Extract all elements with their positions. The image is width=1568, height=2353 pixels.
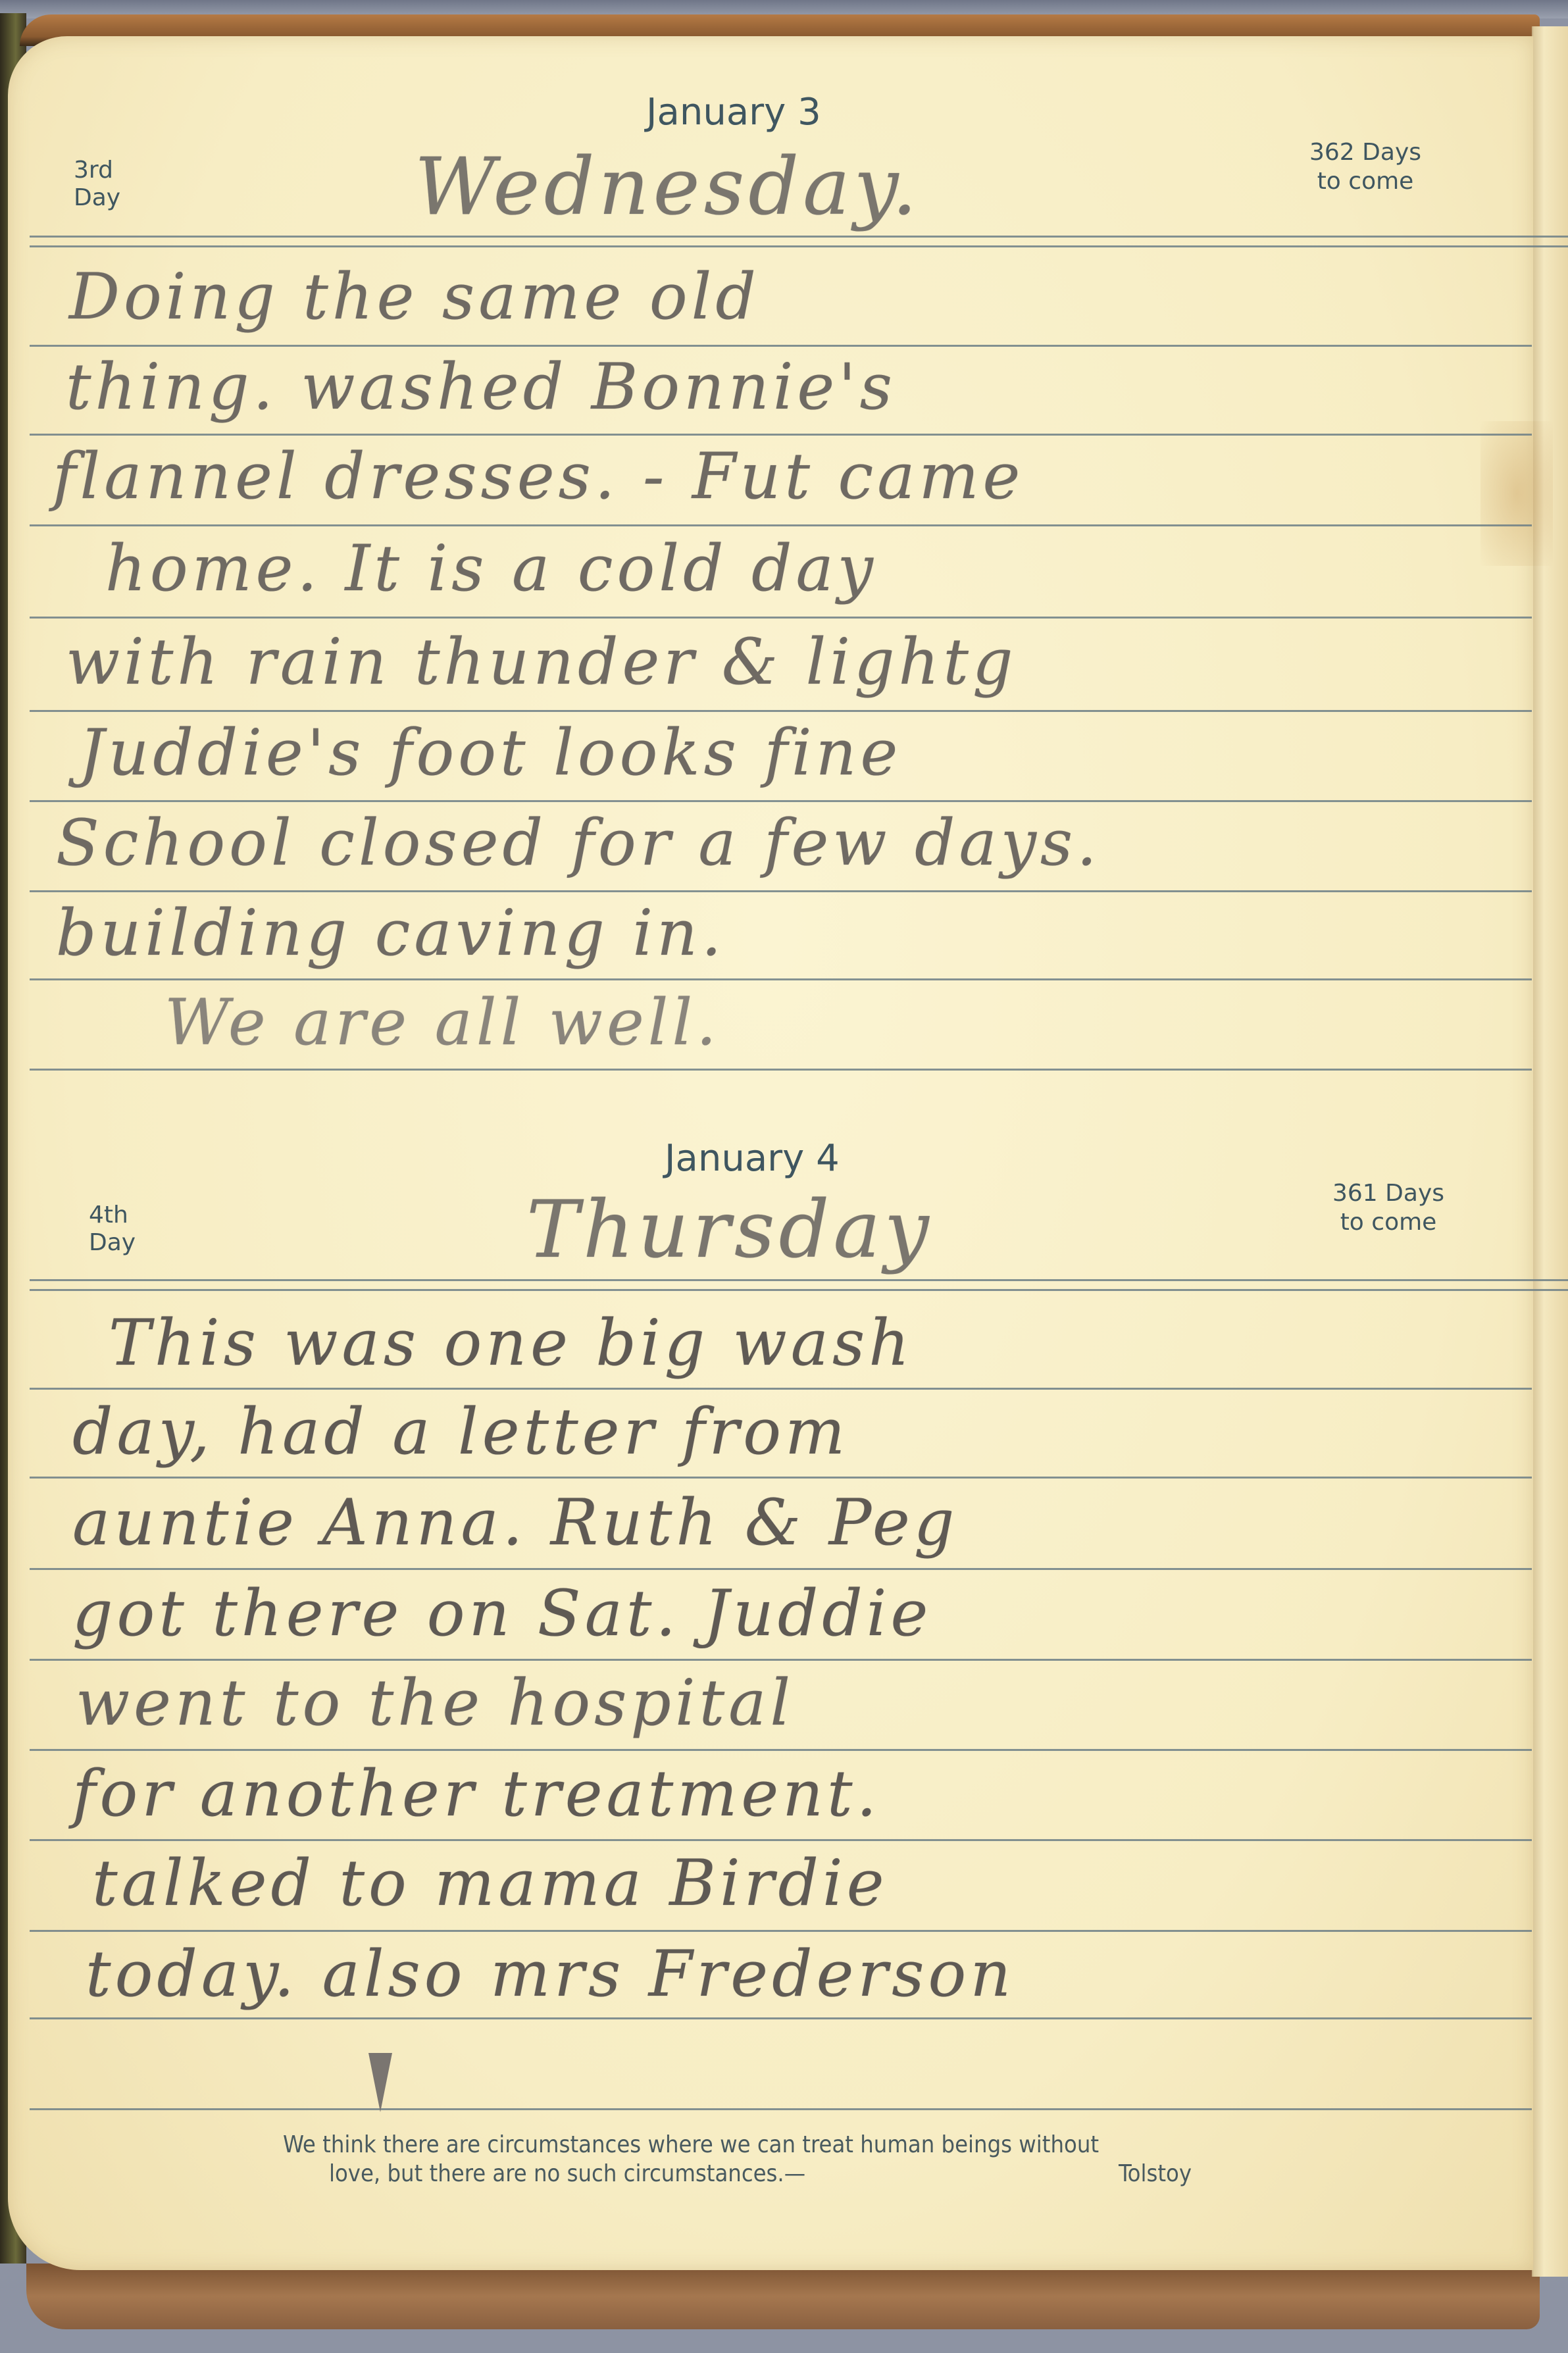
day-of-year-label: 3rd Day <box>74 157 120 212</box>
day-of-year-word: Day <box>89 1229 136 1257</box>
ruled-line <box>30 978 1532 980</box>
entry-text-line: This was one big wash <box>109 1306 913 1380</box>
days-remaining-label: 361 Days to come <box>1332 1179 1444 1237</box>
entry-text-line: flannel dresses. - Fut came <box>53 440 1024 513</box>
ruled-line <box>30 524 1532 526</box>
ruled-line <box>30 345 1532 347</box>
paper-stain <box>1480 421 1553 566</box>
entry-text-line: Doing the same old <box>69 260 760 334</box>
entry-text-line: day, had a letter from <box>72 1395 849 1469</box>
entry-text-line: thing. washed Bonnie's <box>66 350 896 424</box>
handwritten-weekday: Wednesday. <box>415 141 921 233</box>
page-bottom-edge <box>26 2264 1540 2329</box>
day-of-year-word: Day <box>74 184 120 212</box>
entry-text-line: home. It is a cold day <box>105 532 877 605</box>
header-rule-top <box>30 236 1568 238</box>
ruled-line <box>30 890 1532 892</box>
ruled-line <box>30 1477 1532 1479</box>
ruled-line <box>30 617 1532 619</box>
header-rule-bottom <box>30 1289 1568 1291</box>
entry-text-line: went to the hospital <box>76 1666 794 1740</box>
ruled-line <box>30 434 1532 436</box>
days-remaining-count: 361 Days <box>1332 1179 1444 1208</box>
quote-line-2: love, but there are no such circumstance… <box>329 2160 805 2189</box>
ruled-line <box>30 800 1532 802</box>
ruled-line <box>30 1568 1532 1570</box>
header-rule-top <box>30 1279 1568 1281</box>
entry-text-line: with rain thunder & lightg <box>66 625 1017 699</box>
entry-text-line: building caving in. <box>56 896 725 970</box>
entry-text-line: We are all well. <box>164 986 721 1059</box>
handwritten-weekday: Thursday <box>526 1184 933 1276</box>
ruled-line <box>30 2108 1532 2110</box>
quote-author: Tolstoy <box>1119 2160 1192 2189</box>
quote-line-1: We think there are circumstances where w… <box>283 2131 1099 2160</box>
entry-text-line: School closed for a few days. <box>56 806 1101 880</box>
ruled-line <box>30 1839 1532 1841</box>
ruled-line <box>30 710 1532 712</box>
day-of-year-number: 3rd <box>74 157 120 184</box>
entry-text-line: got there on Sat. Juddie <box>72 1577 932 1650</box>
ruled-line <box>30 2017 1532 2019</box>
ruled-line <box>30 1069 1532 1071</box>
entry-text-line: for another treatment. <box>72 1757 880 1831</box>
entry-text-line: talked to mama Birdie <box>92 1846 888 1920</box>
pencil-arrow-mark <box>368 2053 392 2112</box>
entry-text-line: today. also mrs Frederson <box>86 1937 1015 2011</box>
entry-text-line: auntie Anna. Ruth & Peg <box>72 1486 958 1559</box>
entry-date-heading: January 4 <box>665 1137 840 1180</box>
days-remaining-suffix: to come <box>1309 167 1421 196</box>
day-of-year-label: 4th Day <box>89 1202 136 1257</box>
days-remaining-label: 362 Days to come <box>1309 138 1421 196</box>
days-remaining-suffix: to come <box>1332 1208 1444 1237</box>
entry-date-heading: January 3 <box>646 91 821 134</box>
entry-text-line: Juddie's foot looks fine <box>79 716 901 790</box>
ruled-line <box>30 1930 1532 1932</box>
day-of-year-number: 4th <box>89 1202 136 1229</box>
ruled-line <box>30 1388 1532 1390</box>
book-spine-fold <box>1532 26 1568 2277</box>
ruled-line <box>30 1659 1532 1661</box>
header-rule-bottom <box>30 245 1568 247</box>
days-remaining-count: 362 Days <box>1309 138 1421 167</box>
ruled-line <box>30 1749 1532 1751</box>
